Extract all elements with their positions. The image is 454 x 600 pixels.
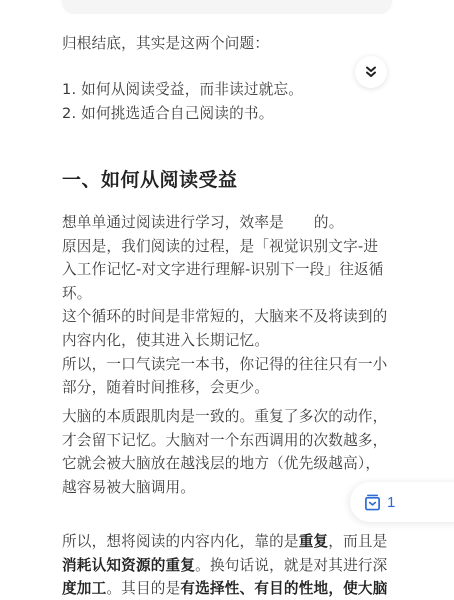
- bold-text: 有选择性、有目的性地，使大脑: [180, 580, 387, 597]
- text-line: 度加工。其目的是有选择性、有目的性地，使大脑: [62, 577, 397, 600]
- text-line: 原因是，我们阅读的过程，是「视觉识别文字-进: [62, 235, 397, 259]
- text-line: 它就会被大脑放在越浅层的地方（优先级越高），: [62, 452, 397, 476]
- text-line: 环。: [62, 282, 397, 306]
- text-line: 所以，想将阅读的内容内化，靠的是重复，而且是: [62, 530, 397, 554]
- question-list: 1. 如何从阅读受益，而非读过就忘。 2. 如何挑选适合自己阅读的书。: [62, 78, 397, 125]
- list-item: 2. 如何挑选适合自己阅读的书。: [62, 102, 397, 126]
- collect-count: 1: [387, 494, 395, 511]
- text-line: 所以，一口气读完一本书，你记得的往往只有一小: [62, 353, 397, 377]
- text-line: 大脑的本质跟肌肉是一致的。重复了多次的动作，: [62, 405, 397, 429]
- previous-card-bottom: [62, 0, 392, 14]
- text-line: 消耗认知资源的重复。换句话说，就是对其进行深: [62, 554, 397, 578]
- paragraph-reading-efficiency: 想单单通过阅读进行学习，效率是的。 原因是，我们阅读的过程，是「视觉识别文字-进…: [62, 211, 397, 400]
- bold-text: 消耗认知资源的重复: [62, 557, 195, 574]
- collect-box-icon: [364, 494, 381, 511]
- text-line: 想单单通过阅读进行学习，效率是的。: [62, 211, 397, 235]
- text-line: 入工作记忆-对文字进行理解-识别下一段」往返循: [62, 258, 397, 282]
- text-line: 才会留下记忆。大脑对一个东西调用的次数越多，: [62, 429, 397, 453]
- section-heading: 一、如何从阅读受益: [62, 165, 238, 192]
- text-line: 部分，随着时间推移，会更少。: [62, 376, 397, 400]
- bold-text: 重复: [299, 533, 329, 550]
- text-line: 内容内化，使其进入长期记忆。: [62, 329, 397, 353]
- double-chevron-down-icon: [365, 66, 377, 78]
- list-item: 1. 如何从阅读受益，而非读过就忘。: [62, 78, 397, 102]
- text-line: 越容易被大脑调用。: [62, 476, 397, 500]
- paragraph-repetition: 所以，想将阅读的内容内化，靠的是重复，而且是 消耗认知资源的重复。换句话说，就是…: [62, 530, 397, 600]
- intro-paragraph: 归根结底，其实是这两个问题：: [62, 32, 397, 56]
- text-line: 这个循环的时间是非常短的，大脑来不及将读到的: [62, 305, 397, 329]
- collect-button[interactable]: 1: [350, 482, 454, 522]
- paragraph-brain-muscle: 大脑的本质跟肌肉是一致的。重复了多次的动作， 才会留下记忆。大脑对一个东西调用的…: [62, 405, 397, 499]
- scroll-down-button[interactable]: [355, 56, 387, 88]
- bold-text: 度加工: [62, 580, 106, 597]
